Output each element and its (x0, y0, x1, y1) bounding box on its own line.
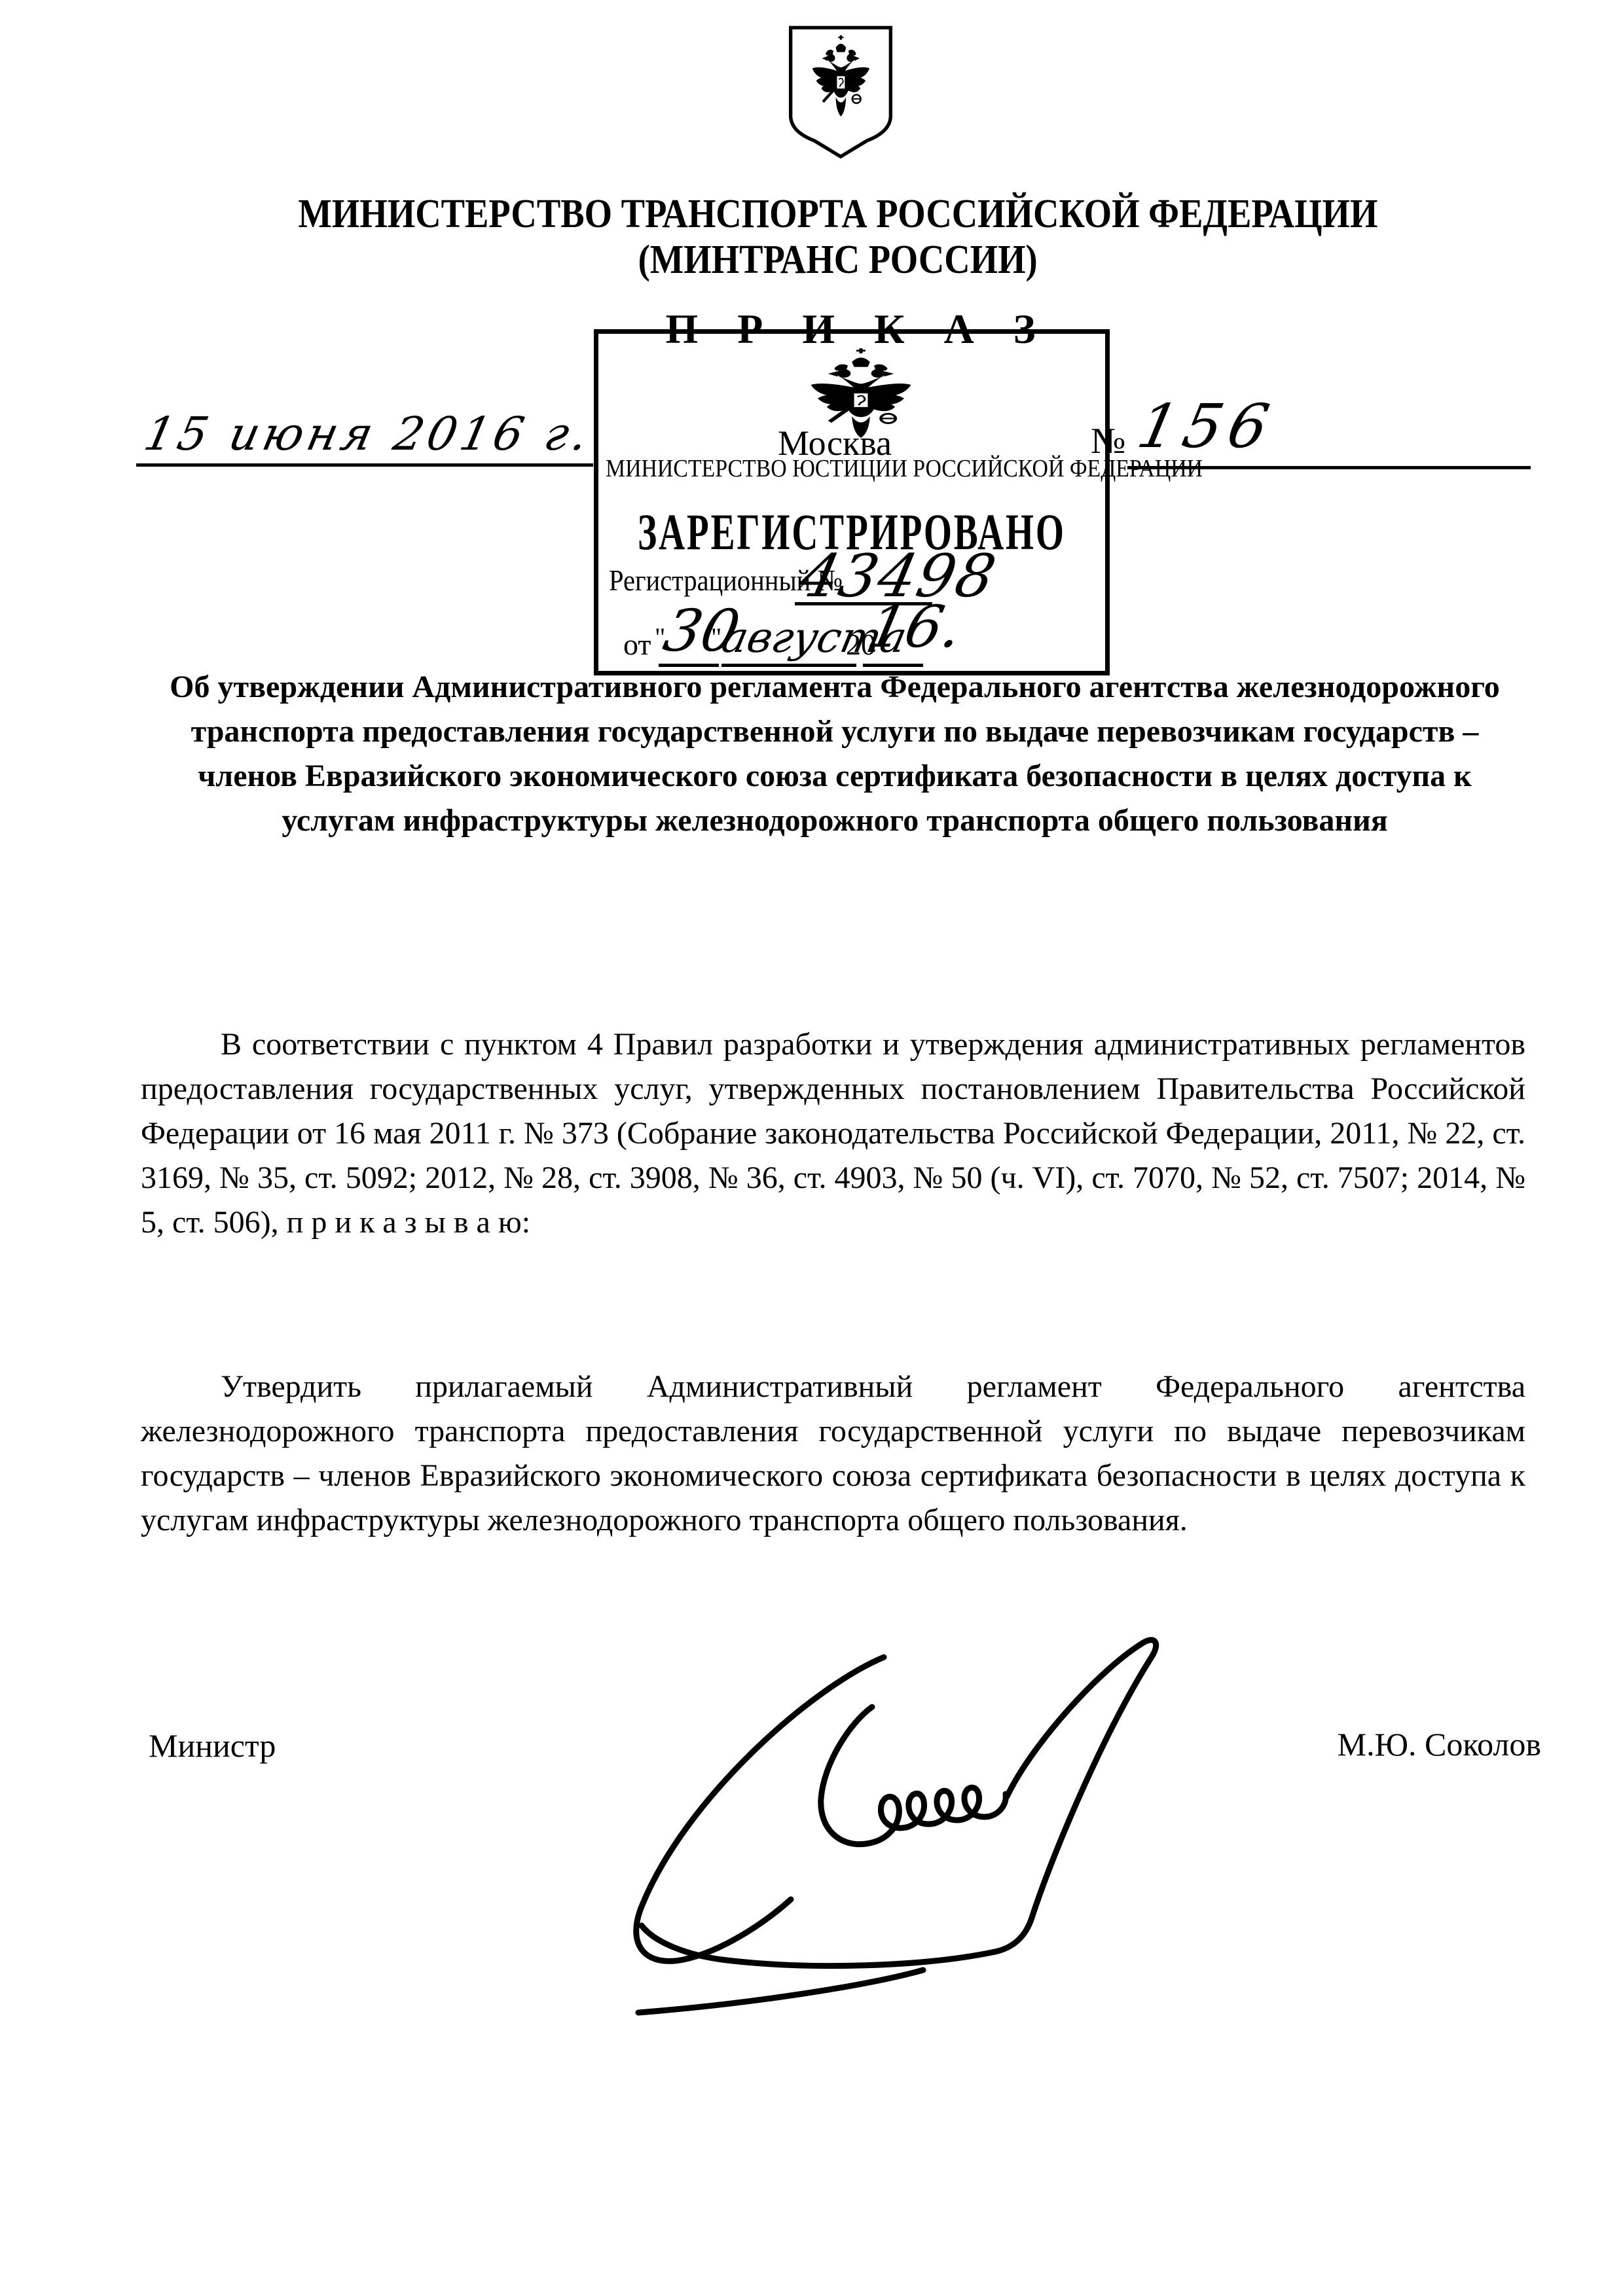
order-paragraph-2: Утвердить прилагаемый Административный р… (141, 1365, 1525, 1543)
order-title: Об утверждении Административного регламе… (144, 665, 1525, 843)
stamp-date-year-handwritten: 16. (862, 593, 968, 660)
date-handwritten: 15 июня 2016 г. (139, 407, 596, 461)
stamp-date-from-label: от (623, 627, 651, 662)
doc-type-heading: П Р И К А З (665, 305, 1049, 353)
document-page: МИНИСТЕРСТВО ТРАНСПОРТА РОССИЙСКОЙ ФЕДЕР… (0, 0, 1623, 2296)
minister-role-label: Министр (149, 1727, 276, 1765)
order-paragraph-1: В соответствии с пунктом 4 Правил разраб… (141, 1022, 1525, 1245)
date-underline (136, 463, 593, 467)
stamp-date-underline-day (659, 664, 719, 667)
minister-signature-icon (615, 1630, 1165, 2016)
org-header: МИНИСТЕРСТВО ТРАНСПОРТА РОССИЙСКОЙ ФЕДЕР… (26, 191, 1623, 283)
stamp-org-name: МИНИСТЕРСТВО ЮСТИЦИИ РОССИЙСКОЙ ФЕДЕРАЦИ… (606, 454, 1277, 483)
org-name-line1: МИНИСТЕРСТВО ТРАНСПОРТА РОССИЙСКОЙ ФЕДЕР… (26, 191, 1623, 237)
number-sign: № (1091, 420, 1125, 462)
russia-coat-of-arms-icon (786, 24, 896, 160)
org-name-line2: (МИНТРАНС РОССИИ) (26, 237, 1623, 283)
number-handwritten: 156 (1132, 391, 1281, 461)
minister-name: М.Ю. Соколов (1338, 1725, 1541, 1763)
stamp-coat-of-arms-icon (805, 347, 917, 439)
stamp-date-underline-year (863, 664, 923, 667)
stamp-date-underline-month (721, 664, 856, 667)
justice-registration-stamp: МИНИСТЕРСТВО ЮСТИЦИИ РОССИЙСКОЙ ФЕДЕРАЦИ… (594, 329, 1110, 675)
